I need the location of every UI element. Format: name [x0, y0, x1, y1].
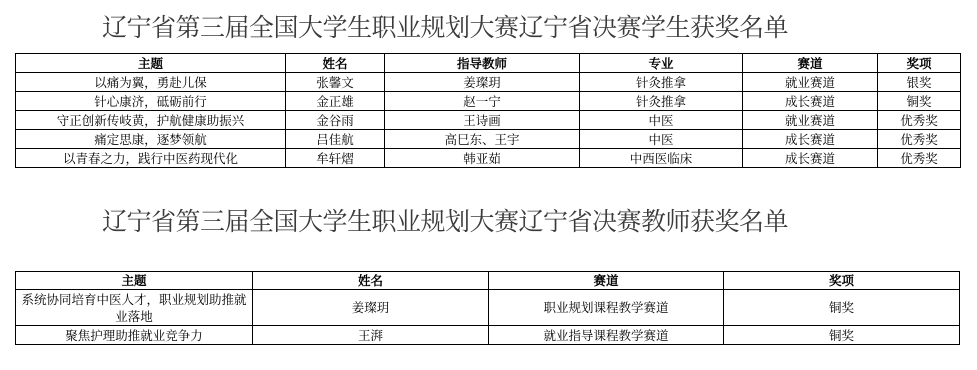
cell-award: 铜奖 — [724, 326, 960, 345]
cell-major: 中医 — [580, 130, 743, 149]
cell-major: 中西医临床 — [580, 149, 743, 168]
cell-award: 铜奖 — [878, 92, 961, 111]
cell-name: 金正雄 — [286, 92, 385, 111]
table-row: 以青春之力，践行中医药现代化 牟轩熠 韩亚茹 中西医临床 成长赛道 优秀奖 — [16, 149, 961, 168]
header-award: 奖项 — [878, 54, 961, 73]
cell-award: 银奖 — [878, 73, 961, 92]
table-header-row: 主题 姓名 指导教师 专业 赛道 奖项 — [16, 54, 961, 73]
cell-topic: 系统协同培育中医人才，职业规划助推就业落地 — [16, 290, 253, 326]
cell-name: 王湃 — [253, 326, 489, 345]
teacher-awards-title: 辽宁省第三届全国大学生职业规划大赛辽宁省决赛教师获奖名单 — [102, 202, 977, 238]
header-topic: 主题 — [16, 272, 253, 290]
cell-name: 牟轩熠 — [286, 149, 385, 168]
header-track: 赛道 — [743, 54, 878, 73]
header-name: 姓名 — [253, 272, 489, 290]
cell-track: 就业指导课程教学赛道 — [489, 326, 724, 345]
cell-major: 针灸推拿 — [580, 92, 743, 111]
cell-advisor: 韩亚茹 — [385, 149, 580, 168]
table-row: 痛定思康，逐梦领航 吕佳航 高巳东、王宇 中医 成长赛道 优秀奖 — [16, 130, 961, 149]
table-row: 针心康济，砥砺前行 金正雄 赵一宁 针灸推拿 成长赛道 铜奖 — [16, 92, 961, 111]
header-award: 奖项 — [724, 272, 960, 290]
table-row: 系统协同培育中医人才，职业规划助推就业落地 姜璨玥 职业规划课程教学赛道 铜奖 — [16, 290, 960, 326]
cell-track: 成长赛道 — [743, 92, 878, 111]
table-row: 聚焦护理助推就业竞争力 王湃 就业指导课程教学赛道 铜奖 — [16, 326, 960, 345]
cell-topic: 守正创新传岐黄，护航健康助振兴 — [16, 111, 286, 130]
cell-advisor: 赵一宁 — [385, 92, 580, 111]
student-awards-title: 辽宁省第三届全国大学生职业规划大赛辽宁省决赛学生获奖名单 — [102, 8, 977, 44]
cell-award: 优秀奖 — [878, 111, 961, 130]
cell-name: 吕佳航 — [286, 130, 385, 149]
table-header-row: 主题 姓名 赛道 奖项 — [16, 272, 960, 290]
cell-name: 金谷雨 — [286, 111, 385, 130]
cell-advisor: 王诗画 — [385, 111, 580, 130]
header-name: 姓名 — [286, 54, 385, 73]
cell-track: 就业赛道 — [743, 73, 878, 92]
cell-name: 姜璨玥 — [253, 290, 489, 326]
cell-award: 优秀奖 — [878, 130, 961, 149]
teacher-awards-table: 主题 姓名 赛道 奖项 系统协同培育中医人才，职业规划助推就业落地 姜璨玥 职业… — [15, 271, 960, 345]
cell-topic: 以痛为翼，勇赴儿保 — [16, 73, 286, 92]
cell-advisor: 高巳东、王宇 — [385, 130, 580, 149]
cell-track: 就业赛道 — [743, 111, 878, 130]
header-track: 赛道 — [489, 272, 724, 290]
cell-topic: 痛定思康，逐梦领航 — [16, 130, 286, 149]
header-topic: 主题 — [16, 54, 286, 73]
cell-name: 张馨文 — [286, 73, 385, 92]
table-row: 守正创新传岐黄，护航健康助振兴 金谷雨 王诗画 中医 就业赛道 优秀奖 — [16, 111, 961, 130]
cell-topic: 针心康济，砥砺前行 — [16, 92, 286, 111]
cell-major: 中医 — [580, 111, 743, 130]
cell-track: 职业规划课程教学赛道 — [489, 290, 724, 326]
cell-track: 成长赛道 — [743, 130, 878, 149]
header-major: 专业 — [580, 54, 743, 73]
header-advisor: 指导教师 — [385, 54, 580, 73]
cell-award: 铜奖 — [724, 290, 960, 326]
table-row: 以痛为翼，勇赴儿保 张馨文 姜璨玥 针灸推拿 就业赛道 银奖 — [16, 73, 961, 92]
cell-advisor: 姜璨玥 — [385, 73, 580, 92]
cell-award: 优秀奖 — [878, 149, 961, 168]
cell-track: 成长赛道 — [743, 149, 878, 168]
student-awards-table: 主题 姓名 指导教师 专业 赛道 奖项 以痛为翼，勇赴儿保 张馨文 姜璨玥 针灸… — [15, 53, 961, 168]
cell-major: 针灸推拿 — [580, 73, 743, 92]
cell-topic: 以青春之力，践行中医药现代化 — [16, 149, 286, 168]
cell-topic: 聚焦护理助推就业竞争力 — [16, 326, 253, 345]
